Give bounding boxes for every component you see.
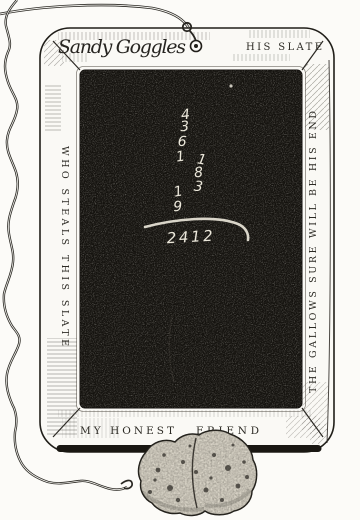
slate-owner-name: Sandy Goggles	[58, 36, 186, 58]
slate-label: HIS SLATE	[246, 42, 322, 53]
engraving-illustration: Sandy Goggles HIS SLATE WHO STEALS THIS …	[0, 0, 360, 520]
right-frame-inscription: THE GALLOWS SURE WILL BE HIS END	[308, 111, 319, 393]
chalk-digit: 9	[173, 199, 183, 215]
bottom-frame-inscription-left: MY HONEST	[80, 425, 174, 437]
chalk-digit: 3	[193, 179, 204, 196]
grommet-hole	[194, 44, 198, 48]
chalk-dot	[229, 84, 232, 87]
chalk-digit: 3	[180, 119, 190, 136]
slate-engraving-svg: Sandy Goggles HIS SLATE WHO STEALS THIS …	[0, 0, 360, 520]
